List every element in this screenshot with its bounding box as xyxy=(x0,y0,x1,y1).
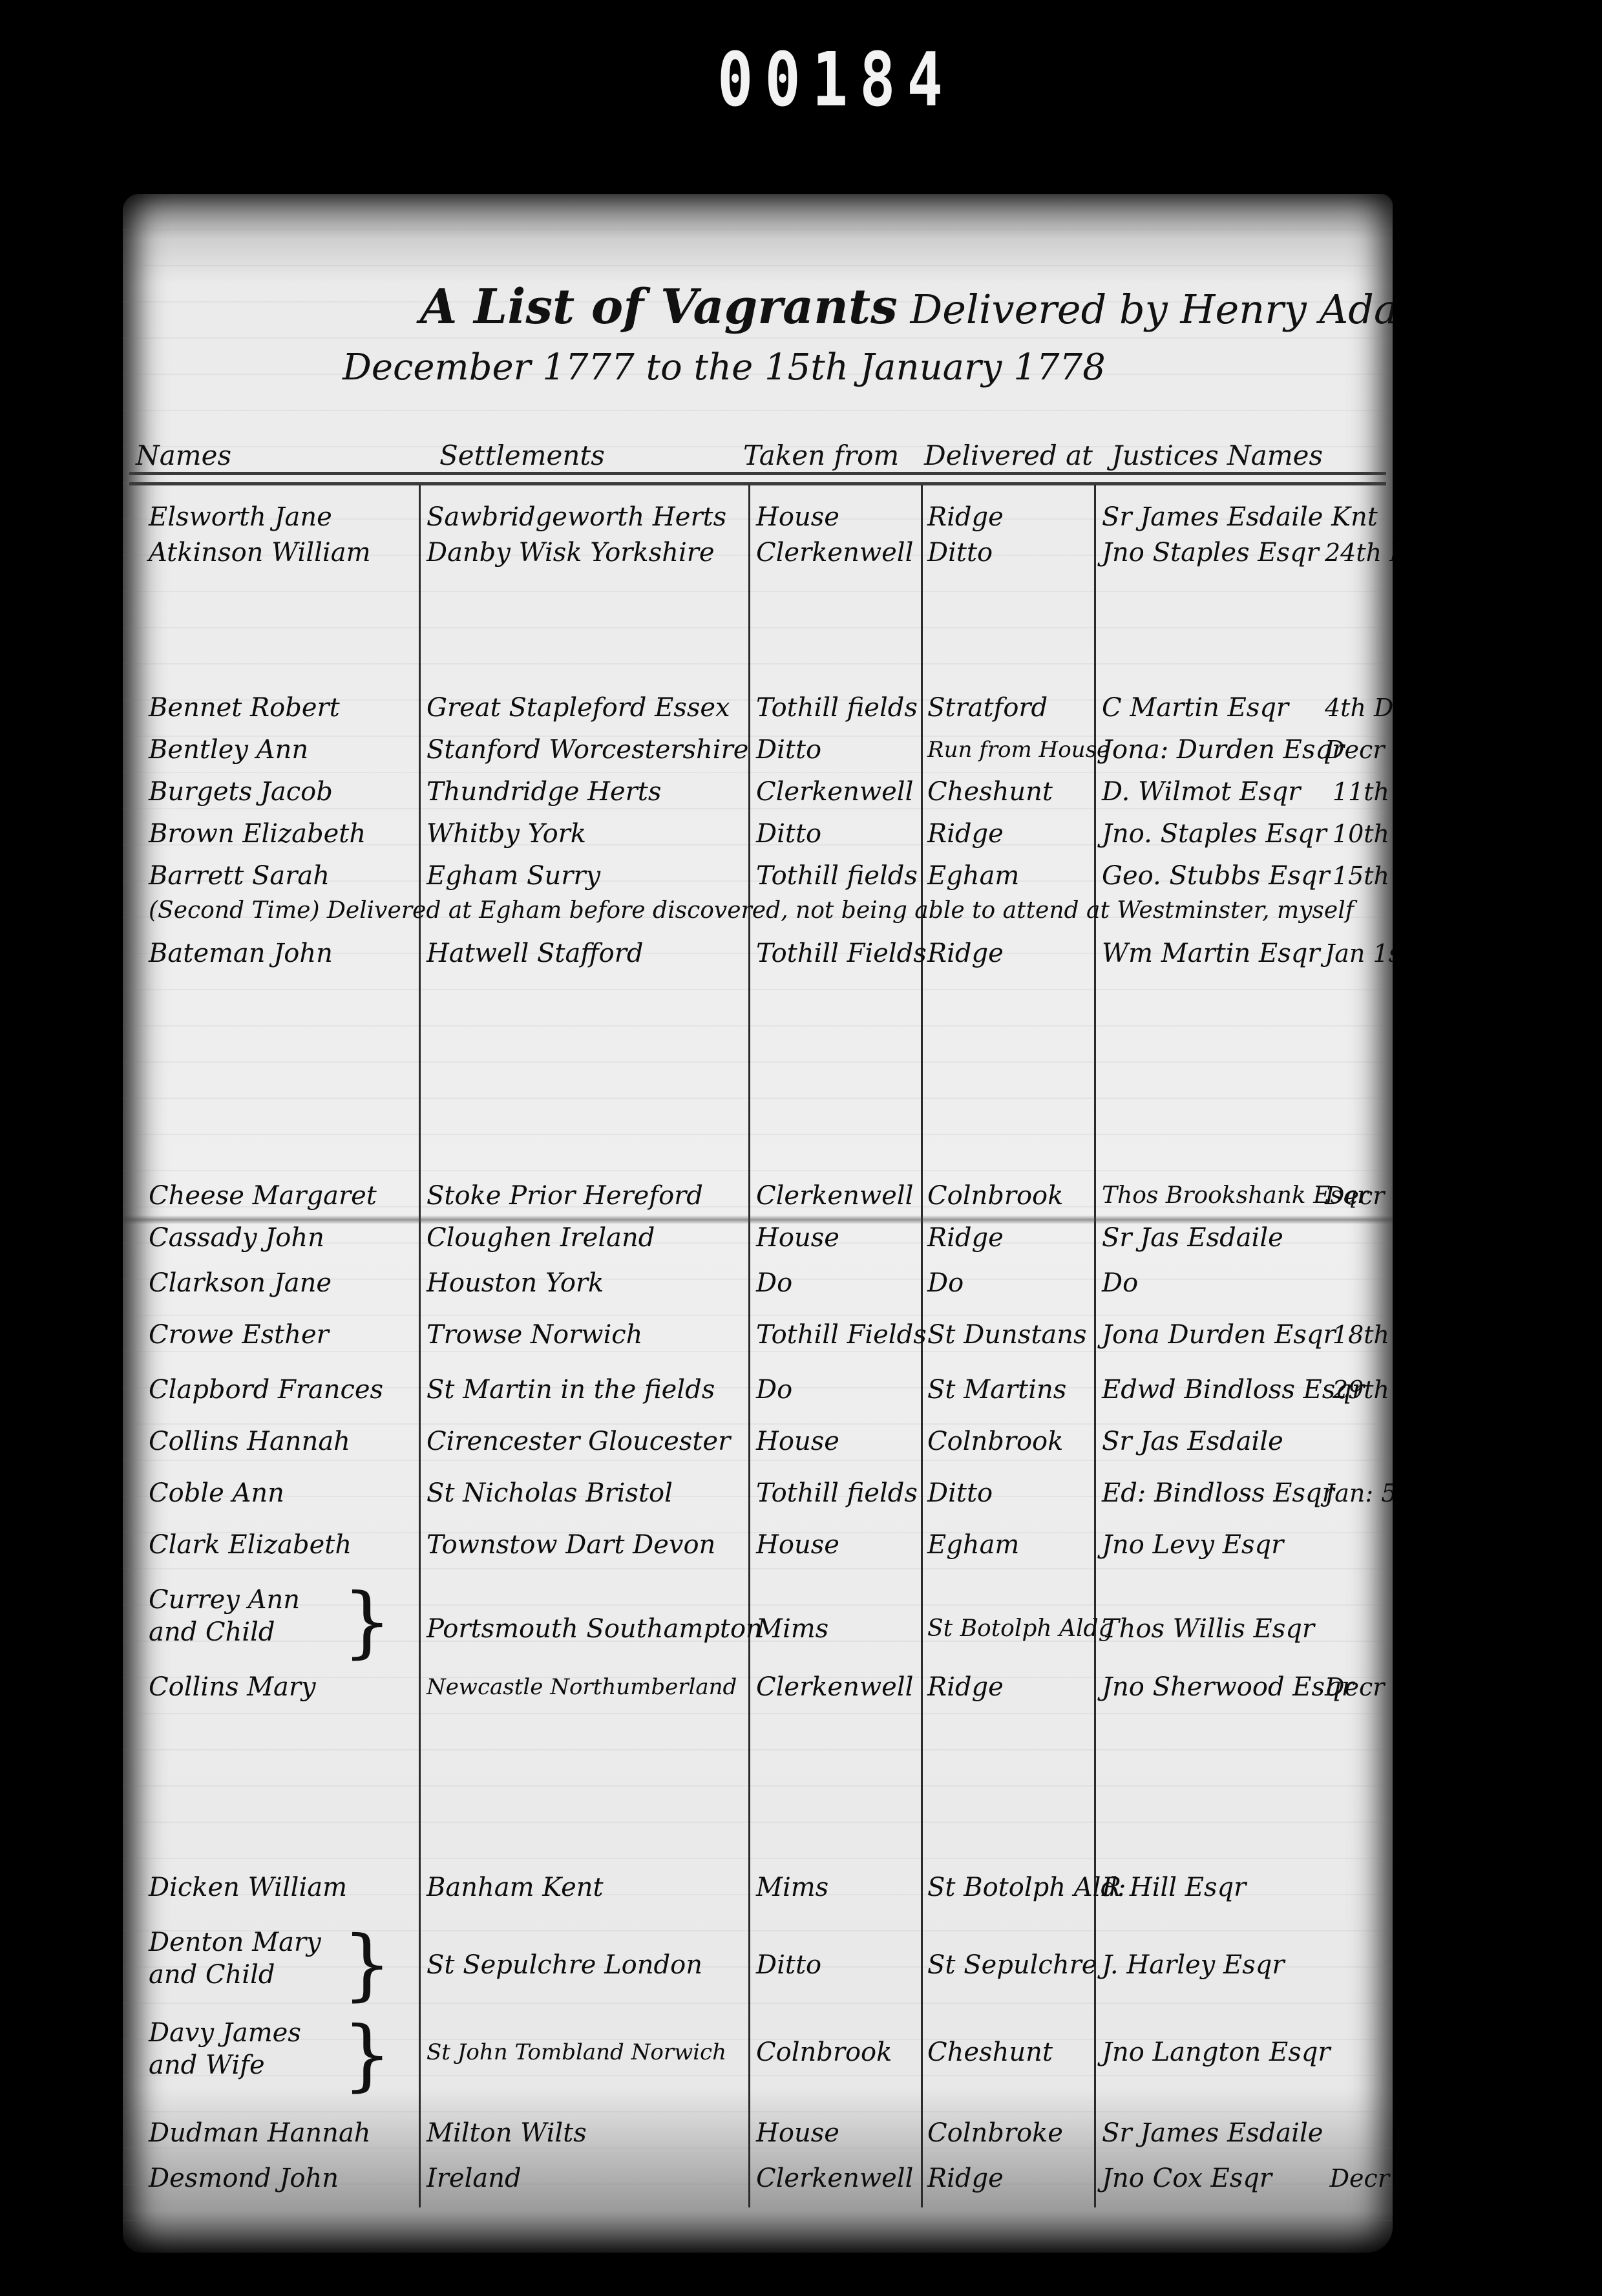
cell-settlement: Stoke Prior Hereford xyxy=(427,1180,743,1212)
cell-taken-from: House xyxy=(756,1529,918,1561)
cell-settlement: Houston York xyxy=(427,1267,743,1299)
cell-settlement: Danby Wisk Yorkshire xyxy=(427,537,743,569)
cell-taken-from: Clerkenwell xyxy=(756,1180,918,1212)
cell-settlement: Great Stapleford Essex xyxy=(427,692,743,724)
header-names: Names xyxy=(136,440,231,471)
grouping-brace: } xyxy=(343,2010,392,2100)
table-row: Crowe Esther Trowse Norwich Tothill Fiel… xyxy=(123,1319,1393,1370)
cell-name: Elsworth Jane xyxy=(149,501,420,533)
cell-name: Denton Mary and Child xyxy=(149,1926,343,1991)
cell-taken-from: Do xyxy=(756,1267,918,1299)
cell-delivered-at: Egham xyxy=(927,1529,1095,1561)
header-settlements: Settlements xyxy=(439,440,605,471)
cell-taken-from: Tothill Fields xyxy=(756,937,918,970)
cell-delivered-at: Ridge xyxy=(927,818,1095,850)
cell-delivered-at: Ditto xyxy=(927,1477,1095,1509)
cell-taken-from: Tothill fields xyxy=(756,1477,918,1509)
cell-delivered-at: Ridge xyxy=(927,501,1095,533)
cell-justice: Jno Langton Esqr xyxy=(1102,2036,1373,2068)
cell-date: 29th xyxy=(1325,1374,1389,1406)
cell-name: Clarkson Jane xyxy=(149,1267,420,1299)
cell-settlement: Cirencester Gloucester xyxy=(427,1425,743,1458)
cell-taken-from: House xyxy=(756,1425,918,1458)
table-row: Cassady John Cloughen Ireland House Ridg… xyxy=(123,1222,1393,1273)
cell-settlement: Banham Kent xyxy=(427,1871,743,1904)
cell-taken-from: House xyxy=(756,501,918,533)
cell-name: Desmond John xyxy=(149,2162,420,2195)
cell-settlement: Townstow Dart Devon xyxy=(427,1529,743,1561)
cell-delivered-at: Cheshunt xyxy=(927,2036,1095,2068)
cell-settlement: Whitby York xyxy=(427,818,743,850)
cell-taken-from: Mims xyxy=(756,1613,918,1645)
cell-delivered-at: Ridge xyxy=(927,937,1095,970)
cell-settlement: Newcastle Northumberland xyxy=(427,1671,743,1703)
cell-taken-from: Ditto xyxy=(756,818,918,850)
column-headers: Names Settlements Taken from Delivered a… xyxy=(123,427,1393,485)
cell-delivered-at: St Dunstans xyxy=(927,1319,1095,1351)
cell-date: 11th xyxy=(1325,776,1389,808)
cell-delivered-at: Colnbroke xyxy=(927,2117,1095,2149)
cell-taken-from: Ditto xyxy=(756,734,918,766)
cell-name: Bentley Ann xyxy=(149,734,420,766)
cell-name: Barrett Sarah xyxy=(149,860,420,892)
table-row: Clarkson Jane Houston York Do Do Do xyxy=(123,1267,1393,1319)
table-row: Clapbord Frances St Martin in the fields… xyxy=(123,1374,1393,1425)
cell-name: Brown Elizabeth xyxy=(149,818,420,850)
table-row: Clark Elizabeth Townstow Dart Devon Hous… xyxy=(123,1529,1393,1580)
cell-delivered-at: St Botolph Ald: xyxy=(927,1871,1095,1904)
cell-settlement: Hatwell Stafford xyxy=(427,937,743,970)
cell-taken-from: Colnbrook xyxy=(756,2036,918,2068)
cell-justice: Thos Willis Esqr xyxy=(1102,1613,1373,1645)
cell-delivered-at: St Sepulchre xyxy=(927,1949,1095,1981)
ledger-page: A List of Vagrants Delivered by Henry Ad… xyxy=(123,194,1393,2253)
cell-settlement: Stanford Worcestershire xyxy=(427,734,743,766)
grouping-brace: } xyxy=(343,1920,392,2010)
cell-name: Coble Ann xyxy=(149,1477,420,1509)
cell-justice: Sr Jas Esdaile xyxy=(1102,1222,1373,1254)
cell-delivered-at: St Botolph Aldg xyxy=(927,1613,1095,1645)
cell-settlement: St Sepulchre London xyxy=(427,1949,743,1981)
cell-date: Jan: 5 xyxy=(1325,1477,1389,1509)
cell-name: Clapbord Frances xyxy=(149,1374,420,1406)
cell-settlement: St Nicholas Bristol xyxy=(427,1477,743,1509)
cell-date: Decr 1 xyxy=(1325,1180,1389,1212)
cell-date: 18th xyxy=(1325,1319,1389,1351)
cell-delivered-at: Ditto xyxy=(927,537,1095,569)
cell-taken-from: Clerkenwell xyxy=(756,537,918,569)
cell-name: Bateman John xyxy=(149,937,420,970)
cell-settlement: Cloughen Ireland xyxy=(427,1222,743,1254)
cell-justice: Sr Jas Esdaile xyxy=(1102,1425,1373,1458)
header-delivered-at: Delivered at xyxy=(924,440,1093,471)
table-row: Collins Hannah Cirencester Gloucester Ho… xyxy=(123,1425,1393,1477)
microfilm-frame-number: 00184 xyxy=(717,37,924,123)
cell-delivered-at: St Martins xyxy=(927,1374,1095,1406)
cell-name: Dicken William xyxy=(149,1871,420,1904)
cell-delivered-at: Ridge xyxy=(927,1671,1095,1703)
table-row: Desmond John Ireland Clerkenwell Ridge J… xyxy=(123,2162,1393,2214)
cell-name: Burgets Jacob xyxy=(149,776,420,808)
cell-delivered-at: Ridge xyxy=(927,2162,1095,2195)
cell-date: Decr xyxy=(1325,2162,1389,2195)
table-row: Davy James and Wife } St John Tombland N… xyxy=(123,2017,1393,2101)
table-row: Dudman Hannah Milton Wilts House Colnbro… xyxy=(123,2117,1393,2169)
cell-taken-from: Do xyxy=(756,1374,918,1406)
cell-justice: R Hill Esqr xyxy=(1102,1871,1373,1904)
cell-date: Decr 12 xyxy=(1325,1671,1389,1703)
header-justices-names: Justices Names xyxy=(1112,440,1323,471)
table-row: Bateman John Hatwell Stafford Tothill Fi… xyxy=(123,937,1393,989)
cell-settlement: Sawbridgeworth Herts xyxy=(427,501,743,533)
cell-date: Decr 8th xyxy=(1325,734,1389,766)
cell-settlement: Ireland xyxy=(427,2162,743,2195)
cell-settlement: St Martin in the fields xyxy=(427,1374,743,1406)
cell-name: Cassady John xyxy=(149,1222,420,1254)
cell-delivered-at: Egham xyxy=(927,860,1095,892)
cell-date: 10th xyxy=(1325,818,1389,850)
grouping-brace: } xyxy=(343,1577,392,1667)
cell-taken-from: Clerkenwell xyxy=(756,2162,918,2195)
table-row: Coble Ann St Nicholas Bristol Tothill fi… xyxy=(123,1477,1393,1529)
cell-name: Collins Mary xyxy=(149,1671,420,1703)
cell-settlement: Portsmouth Southampton xyxy=(427,1613,743,1645)
cell-taken-from: Mims xyxy=(756,1871,918,1904)
title-date-range: December 1777 to the 15th January 1778 xyxy=(343,339,1376,397)
cell-delivered-at: Colnbrook xyxy=(927,1180,1095,1212)
cell-name: Dudman Hannah xyxy=(149,2117,420,2149)
cell-delivered-at: Stratford xyxy=(927,692,1095,724)
cell-justice: Sr James Esdaile xyxy=(1102,2117,1373,2149)
cell-date: Jan 1st xyxy=(1325,937,1389,970)
title-subtitle: Delivered by Henry Adams from the 4th xyxy=(911,286,1393,333)
note-second-time: (Second Time) Delivered at Egham before … xyxy=(149,897,1364,924)
cell-justice: J. Harley Esqr xyxy=(1102,1949,1373,1981)
table-row: Dicken William Banham Kent Mims St Botol… xyxy=(123,1871,1393,1923)
cell-justice: Jno Levy Esqr xyxy=(1102,1529,1373,1561)
cell-name: Collins Hannah xyxy=(149,1425,420,1458)
cell-delivered-at: Cheshunt xyxy=(927,776,1095,808)
table-row: Denton Mary and Child } St Sepulchre Lon… xyxy=(123,1926,1393,2010)
cell-settlement: Thundridge Herts xyxy=(427,776,743,808)
table-row: Atkinson William Danby Wisk Yorkshire Cl… xyxy=(123,537,1393,588)
cell-delivered-at: Ridge xyxy=(927,1222,1095,1254)
cell-date: 24th Decr xyxy=(1325,537,1389,569)
cell-taken-from: Clerkenwell xyxy=(756,776,918,808)
cell-taken-from: Tothill fields xyxy=(756,860,918,892)
cell-delivered-at: Colnbrook xyxy=(927,1425,1095,1458)
cell-date: 15th xyxy=(1325,860,1389,892)
document-title: A List of Vagrants Delivered by Henry Ad… xyxy=(420,278,1376,397)
cell-settlement: Trowse Norwich xyxy=(427,1319,743,1351)
cell-taken-from: House xyxy=(756,1222,918,1254)
cell-taken-from: Clerkenwell xyxy=(756,1671,918,1703)
cell-delivered-at: Run from House xyxy=(927,734,1095,766)
cell-justice: Sr James Esdaile Knt xyxy=(1102,501,1373,533)
cell-date: 4th Decr xyxy=(1325,692,1389,724)
cell-settlement: Milton Wilts xyxy=(427,2117,743,2149)
cell-name: Cheese Margaret xyxy=(149,1180,420,1212)
cell-delivered-at: Do xyxy=(927,1267,1095,1299)
title-main: A List of Vagrants xyxy=(420,279,898,335)
cell-name: Crowe Esther xyxy=(149,1319,420,1351)
cell-taken-from: Tothill fields xyxy=(756,692,918,724)
cell-taken-from: Ditto xyxy=(756,1949,918,1981)
cell-name: Davy James and Wife xyxy=(149,2017,343,2081)
header-rule-bottom xyxy=(129,482,1386,485)
cell-name: Atkinson William xyxy=(149,537,420,569)
cell-name: Currey Ann and Child xyxy=(149,1584,343,1648)
cell-taken-from: Tothill Fields xyxy=(756,1319,918,1351)
table-row: Collins Mary Newcastle Northumberland Cl… xyxy=(123,1671,1393,1723)
cell-settlement: St John Tombland Norwich xyxy=(427,2036,743,2068)
cell-taken-from: House xyxy=(756,2117,918,2149)
cell-name: Bennet Robert xyxy=(149,692,420,724)
header-taken-from: Taken from xyxy=(743,440,899,471)
cell-justice: Do xyxy=(1102,1267,1373,1299)
header-rule-top xyxy=(129,472,1386,475)
cell-name: Clark Elizabeth xyxy=(149,1529,420,1561)
cell-settlement: Egham Surry xyxy=(427,860,743,892)
table-row: Currey Ann and Child } Portsmouth Southa… xyxy=(123,1584,1393,1668)
